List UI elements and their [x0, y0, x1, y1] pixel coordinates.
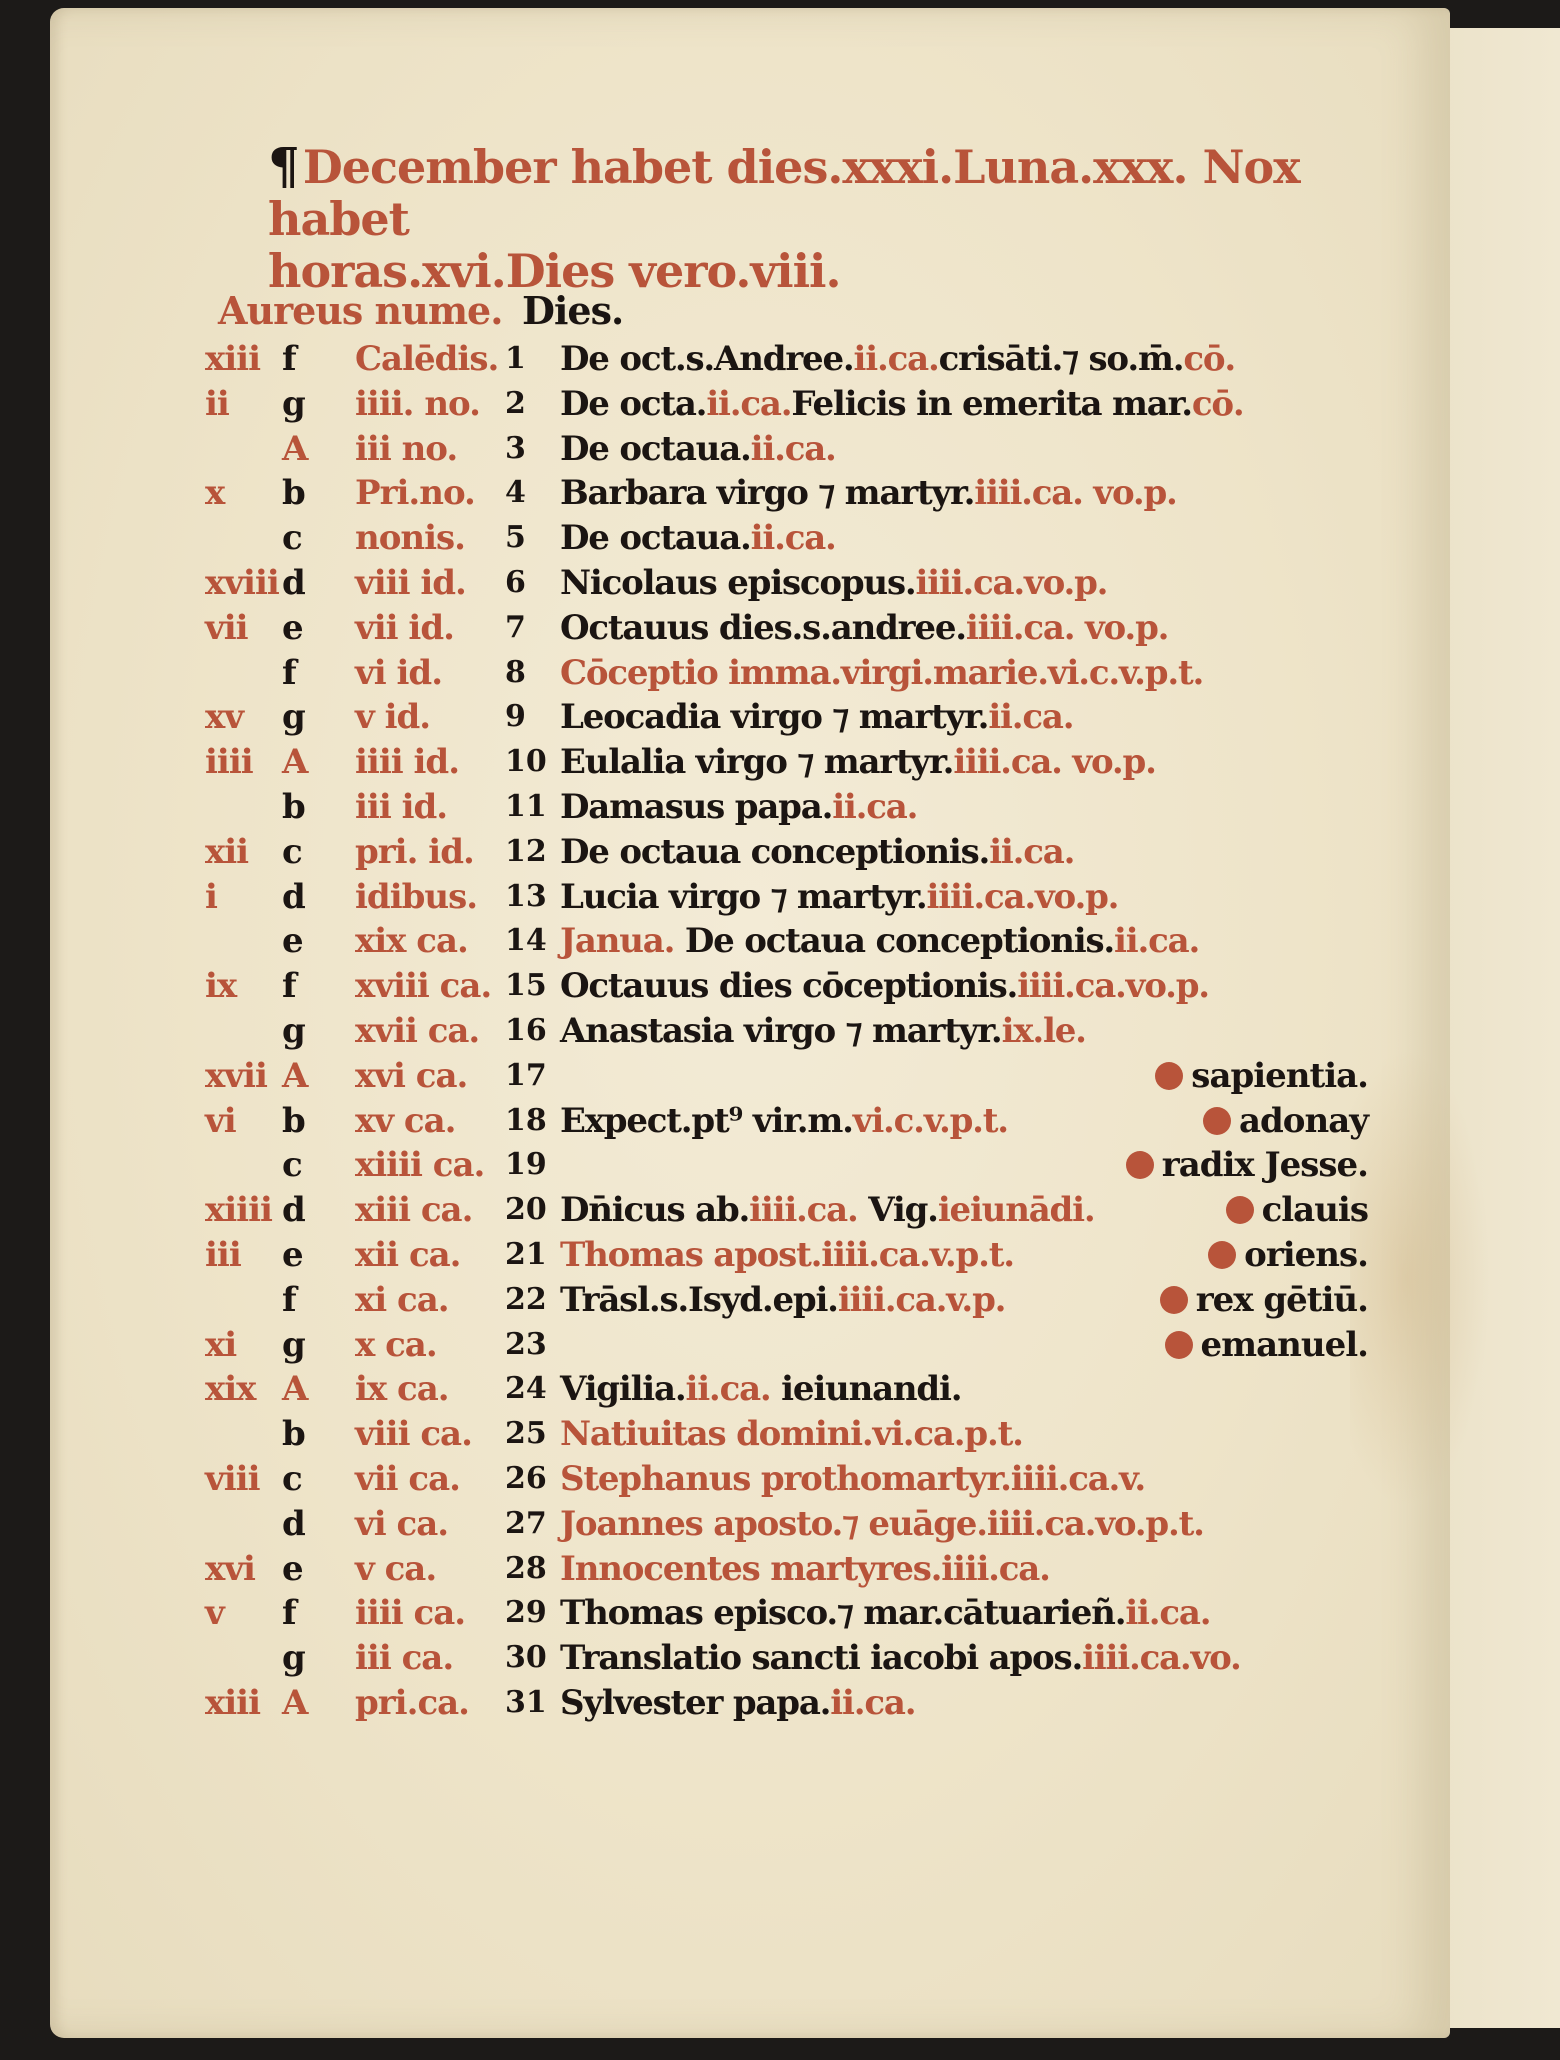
rubric-text: cō. — [1192, 384, 1244, 424]
golden-number: vi — [205, 1100, 265, 1142]
roman-date: xvii ca. — [355, 1010, 495, 1052]
roman-date: iii no. — [355, 428, 495, 470]
roman-date: xv ca. — [355, 1100, 495, 1142]
dominical-letter: g — [282, 1637, 322, 1679]
roman-date: nonis. — [355, 517, 495, 559]
calendar-row: xiiifCalēdis.1De oct.s.Andree.ii.ca.cris… — [0, 338, 1560, 380]
day-number: 20 — [505, 1189, 550, 1231]
day-number: 13 — [505, 876, 550, 918]
day-number: 8 — [505, 652, 550, 694]
feast-text: Leocadia virgo ⁊ martyr. — [560, 697, 988, 737]
golden-number: v — [205, 1592, 265, 1634]
golden-number: xvii — [205, 1055, 265, 1097]
o-circle-icon — [1155, 1062, 1183, 1090]
golden-number: x — [205, 472, 265, 514]
roman-date: iiii id. — [355, 741, 495, 783]
calendar-row: iigiiii. no.2De octa.ii.ca.Felicis in em… — [0, 383, 1560, 425]
roman-date: ix ca. — [355, 1368, 495, 1410]
feast-text: De octaua conceptionis. — [560, 832, 989, 872]
month-heading: ¶December habet dies.xxxi.Luna.xxx. Nox … — [268, 140, 1328, 297]
pilcrow-icon: ¶ — [268, 136, 299, 195]
feast-entry: De octaua.ii.ca. — [560, 517, 836, 559]
dominical-letter: e — [282, 1234, 322, 1276]
calendar-row: xiiiidxiii ca.20Dn̄icus ab.iiii.ca. Vig.… — [0, 1189, 1560, 1231]
feast-text: crisāti.⁊ so.m̄. — [939, 339, 1184, 379]
roman-date: x ca. — [355, 1324, 495, 1366]
day-number: 29 — [505, 1592, 550, 1634]
feast-text: Felicis in emerita mar. — [791, 384, 1192, 424]
roman-date: Pri.no. — [355, 472, 495, 514]
dominical-letter: e — [282, 607, 322, 649]
roman-date: xviii ca. — [355, 965, 495, 1007]
calendar-row: ididibus.13Lucia virgo ⁊ martyr.iiii.ca.… — [0, 876, 1560, 918]
day-number: 1 — [505, 338, 550, 380]
feast-entry: Cōceptio imma.virgi.marie.vi.c.v.p.t. — [560, 652, 1203, 694]
rubric-text: ii.ca. — [988, 697, 1073, 737]
dominical-letter: d — [282, 562, 322, 604]
antiphon-text: emanuel. — [1201, 1325, 1368, 1365]
o-antiphon: emanuel. — [1068, 1324, 1368, 1366]
feast-text: Vig. — [858, 1190, 938, 1230]
dominical-letter: b — [282, 1413, 322, 1455]
day-number: 11 — [505, 786, 550, 828]
rubric-text: ii.ca. — [854, 339, 939, 379]
calendar-row: cxiiii ca.19radix Jesse. — [0, 1144, 1560, 1186]
roman-date: iii ca. — [355, 1637, 495, 1679]
dominical-letter: e — [282, 920, 322, 962]
feast-entry: Trāsl.s.Isyd.epi.iiii.ca.v.p. — [560, 1279, 1005, 1321]
golden-number: vii — [205, 607, 265, 649]
feast-entry: Damasus papa.ii.ca. — [560, 786, 917, 828]
golden-number: xiiii — [205, 1189, 265, 1231]
o-antiphon: clauis — [1068, 1189, 1368, 1231]
roman-date: pri. id. — [355, 831, 495, 873]
feast-text: Vigilia. — [560, 1369, 686, 1409]
calendar-row: xigx ca.23emanuel. — [0, 1324, 1560, 1366]
feast-text: Lucia virgo ⁊ martyr. — [560, 877, 927, 917]
calendar-row: gxvii ca.16Anastasia virgo ⁊ martyr.ix.l… — [0, 1010, 1560, 1052]
rubric-text: iiii.ca.vo. — [1082, 1638, 1241, 1678]
roman-date: xiiii ca. — [355, 1144, 495, 1186]
calendar-row: viiicvii ca.26Stephanus prothomartyr.iii… — [0, 1458, 1560, 1500]
dominical-letter: d — [282, 876, 322, 918]
dominical-letter: b — [282, 1100, 322, 1142]
roman-date: xvi ca. — [355, 1055, 495, 1097]
dominical-letter: f — [282, 338, 322, 380]
feast-entry: Expect.pt⁹ vir.m.vi.c.v.p.t. — [560, 1100, 1008, 1142]
golden-number: xviii — [205, 562, 265, 604]
dies-header: Dies. — [522, 288, 623, 333]
dominical-letter: c — [282, 1144, 322, 1186]
dominical-letter: f — [282, 652, 322, 694]
calendar-row: xviev ca.28Innocentes martyres.iiii.ca. — [0, 1548, 1560, 1590]
feast-entry: De octaua conceptionis.ii.ca. — [560, 831, 1074, 873]
calendar-row: vfiiii ca.29Thomas episco.⁊ mar.cātuarie… — [0, 1592, 1560, 1634]
day-number: 25 — [505, 1413, 550, 1455]
feast-entry: Leocadia virgo ⁊ martyr.ii.ca. — [560, 696, 1073, 738]
day-number: 3 — [505, 428, 550, 470]
rubric-text: Cōceptio imma.virgi.marie.vi.c.v.p.t. — [560, 653, 1203, 693]
roman-date: vi id. — [355, 652, 495, 694]
feast-entry: De octaua.ii.ca. — [560, 428, 836, 470]
roman-date: viii ca. — [355, 1413, 495, 1455]
dominical-letter: f — [282, 965, 322, 1007]
calendar-row: ixfxviii ca.15Octauus dies cōceptionis.i… — [0, 965, 1560, 1007]
heading-line-1: December habet dies.xxxi.Luna.xxx. Nox h… — [268, 140, 1300, 246]
feast-text: De octaua conceptionis. — [674, 921, 1114, 961]
feast-text: Octauus dies cōceptionis. — [560, 966, 1017, 1006]
rubric-text: Thomas apost.iiii.ca.v.p.t. — [560, 1235, 1014, 1275]
feast-entry: Nicolaus episcopus.iiii.ca.vo.p. — [560, 562, 1107, 604]
calendar-row: xviiidviii id.6Nicolaus episcopus.iiii.c… — [0, 562, 1560, 604]
dominical-letter: A — [282, 741, 322, 783]
calendar-row: bviii ca.25Natiuitas domini.vi.ca.p.t. — [0, 1413, 1560, 1455]
day-number: 24 — [505, 1368, 550, 1410]
rubric-text: ii.ca. — [706, 384, 791, 424]
golden-number: iiii — [205, 741, 265, 783]
o-antiphon: adonay — [1068, 1100, 1368, 1142]
dominical-letter: b — [282, 472, 322, 514]
calendar-row: viievii id.7Octauus dies.s.andree.iiii.c… — [0, 607, 1560, 649]
day-number: 5 — [505, 517, 550, 559]
rubric-text: iiii.ca.vo.p. — [1017, 966, 1209, 1006]
feast-text: De octa. — [560, 384, 706, 424]
day-number: 16 — [505, 1010, 550, 1052]
rubric-text: iiii.ca.vo.p. — [916, 563, 1108, 603]
feast-entry: Joannes aposto.⁊ euāge.iiii.ca.vo.p.t. — [560, 1503, 1204, 1545]
rubric-text: iiii.ca. — [749, 1190, 857, 1230]
feast-text: Sylvester papa. — [560, 1683, 830, 1723]
o-circle-icon — [1226, 1196, 1254, 1224]
dominical-letter: b — [282, 786, 322, 828]
calendar-row: exix ca.14Janua. De octaua conceptionis.… — [0, 920, 1560, 962]
dominical-letter: g — [282, 696, 322, 738]
roman-date: Calēdis. — [355, 338, 495, 380]
calendar-row: fxi ca.22Trāsl.s.Isyd.epi.iiii.ca.v.p.re… — [0, 1279, 1560, 1321]
day-number: 17 — [505, 1055, 550, 1097]
golden-number: i — [205, 876, 265, 918]
dominical-letter: f — [282, 1279, 322, 1321]
rubric-text: cō. — [1183, 339, 1235, 379]
o-antiphon: oriens. — [1068, 1234, 1368, 1276]
day-number: 31 — [505, 1682, 550, 1724]
feast-text: De octaua. — [560, 518, 751, 558]
o-circle-icon — [1126, 1151, 1154, 1179]
feast-text: Octauus dies.s.andree. — [560, 608, 966, 648]
feast-entry: Barbara virgo ⁊ martyr.iiii.ca. vo.p. — [560, 472, 1177, 514]
feast-text: Thomas episco.⁊ mar.cātuarieñ. — [560, 1593, 1125, 1633]
dominical-letter: e — [282, 1548, 322, 1590]
golden-number: xix — [205, 1368, 265, 1410]
dominical-letter: c — [282, 831, 322, 873]
rubric-text: ii.ca. — [751, 518, 836, 558]
antiphon-text: radix Jesse. — [1162, 1145, 1368, 1185]
calendar-row: vibxv ca.18Expect.pt⁹ vir.m.vi.c.v.p.t.a… — [0, 1100, 1560, 1142]
rubric-text: Stephanus prothomartyr.iiii.ca.v. — [560, 1459, 1145, 1499]
golden-number: xiii — [205, 1682, 265, 1724]
rubric-text: ii.ca. — [832, 787, 917, 827]
roman-date: v ca. — [355, 1548, 495, 1590]
day-number: 19 — [505, 1144, 550, 1186]
rubric-text: ii.ca. — [686, 1369, 771, 1409]
roman-date: viii id. — [355, 562, 495, 604]
feast-text: Translatio sancti iacobi apos. — [560, 1638, 1082, 1678]
rubric-text: ii.ca. — [989, 832, 1074, 872]
day-number: 21 — [505, 1234, 550, 1276]
dominical-letter: f — [282, 1592, 322, 1634]
feast-text: Nicolaus episcopus. — [560, 563, 916, 603]
feast-entry: Janua. De octaua conceptionis.ii.ca. — [560, 920, 1199, 962]
dominical-letter: g — [282, 1324, 322, 1366]
rubric-text: iiii.ca. vo.p. — [974, 473, 1176, 513]
dominical-letter: d — [282, 1503, 322, 1545]
calendar-row: xiiiApri.ca.31Sylvester papa.ii.ca. — [0, 1682, 1560, 1724]
feast-entry: Stephanus prothomartyr.iiii.ca.v. — [560, 1458, 1145, 1500]
o-circle-icon — [1203, 1107, 1231, 1135]
feast-text: Eulalia virgo ⁊ martyr. — [560, 742, 953, 782]
dominical-letter: d — [282, 1189, 322, 1231]
feast-entry: Translatio sancti iacobi apos.iiii.ca.vo… — [560, 1637, 1241, 1679]
antiphon-text: clauis — [1262, 1190, 1368, 1230]
dominical-letter: A — [282, 1055, 322, 1097]
feast-text: Damasus papa. — [560, 787, 832, 827]
roman-date: vii ca. — [355, 1458, 495, 1500]
feast-entry: Eulalia virgo ⁊ martyr.iiii.ca. vo.p. — [560, 741, 1156, 783]
golden-number: ii — [205, 383, 265, 425]
golden-number: xi — [205, 1324, 265, 1366]
feast-text: Expect.pt⁹ vir.m. — [560, 1101, 853, 1141]
day-number: 27 — [505, 1503, 550, 1545]
feast-entry: Anastasia virgo ⁊ martyr.ix.le. — [560, 1010, 1086, 1052]
dominical-letter: A — [282, 428, 322, 470]
feast-entry: Thomas apost.iiii.ca.v.p.t. — [560, 1234, 1014, 1276]
day-number: 22 — [505, 1279, 550, 1321]
roman-date: vii id. — [355, 607, 495, 649]
day-number: 30 — [505, 1637, 550, 1679]
golden-number: xiii — [205, 338, 265, 380]
rubric-text: Janua. — [560, 921, 674, 961]
calendar-row: xixAix ca.24Vigilia.ii.ca. ieiunandi. — [0, 1368, 1560, 1410]
rubric-text: ii.ca. — [1125, 1593, 1210, 1633]
calendar-row: Aiii no.3De octaua.ii.ca. — [0, 428, 1560, 470]
day-number: 15 — [505, 965, 550, 1007]
day-number: 18 — [505, 1100, 550, 1142]
roman-date: iii id. — [355, 786, 495, 828]
golden-number: xvi — [205, 1548, 265, 1590]
o-circle-icon — [1208, 1241, 1236, 1269]
feast-entry: Sylvester papa.ii.ca. — [560, 1682, 915, 1724]
feast-text: Barbara virgo ⁊ martyr. — [560, 473, 974, 513]
feast-entry: Lucia virgo ⁊ martyr.iiii.ca.vo.p. — [560, 876, 1118, 918]
roman-date: iiii. no. — [355, 383, 495, 425]
golden-number: viii — [205, 1458, 265, 1500]
dominical-letter: c — [282, 1458, 322, 1500]
rubric-text: Natiuitas domini.vi.ca.p.t. — [560, 1414, 1023, 1454]
o-circle-icon — [1165, 1331, 1193, 1359]
rubric-text: Joannes aposto.⁊ euāge.iiii.ca.vo.p.t. — [560, 1504, 1204, 1544]
feast-entry: Octauus dies cōceptionis.iiii.ca.vo.p. — [560, 965, 1209, 1007]
roman-date: xix ca. — [355, 920, 495, 962]
feast-text: De oct.s.Andree. — [560, 339, 854, 379]
rubric-text: ii.ca. — [830, 1683, 915, 1723]
golden-number: iii — [205, 1234, 265, 1276]
roman-date: pri.ca. — [355, 1682, 495, 1724]
roman-date: xiii ca. — [355, 1189, 495, 1231]
antiphon-text: rex gētiū. — [1196, 1280, 1368, 1320]
feast-entry: De octa.ii.ca.Felicis in emerita mar.cō. — [560, 383, 1243, 425]
feast-entry: Natiuitas domini.vi.ca.p.t. — [560, 1413, 1023, 1455]
o-antiphon: rex gētiū. — [1068, 1279, 1368, 1321]
feast-entry: Dn̄icus ab.iiii.ca. Vig.ieiunādi. — [560, 1189, 1094, 1231]
rubric-text: ii.ca. — [1114, 921, 1199, 961]
rubric-text: vi.c.v.p.t. — [853, 1101, 1008, 1141]
golden-number: xv — [205, 696, 265, 738]
calendar-row: fvi id.8Cōceptio imma.virgi.marie.vi.c.v… — [0, 652, 1560, 694]
calendar-row: xviiAxvi ca.17sapientia. — [0, 1055, 1560, 1097]
calendar-row: xvgv id.9Leocadia virgo ⁊ martyr.ii.ca. — [0, 696, 1560, 738]
o-circle-icon — [1160, 1286, 1188, 1314]
o-antiphon: sapientia. — [1068, 1055, 1368, 1097]
dominical-letter: c — [282, 517, 322, 559]
dominical-letter: g — [282, 383, 322, 425]
roman-date: vi ca. — [355, 1503, 495, 1545]
calendar-row: iiiiAiiii id.10Eulalia virgo ⁊ martyr.ii… — [0, 741, 1560, 783]
dominical-letter: g — [282, 1010, 322, 1052]
roman-date: xii ca. — [355, 1234, 495, 1276]
feast-text: Anastasia virgo ⁊ martyr. — [560, 1011, 1002, 1051]
roman-date: xi ca. — [355, 1279, 495, 1321]
antiphon-text: adonay — [1239, 1101, 1368, 1141]
feast-entry: Octauus dies.s.andree.iiii.ca. vo.p. — [560, 607, 1168, 649]
dominical-letter: A — [282, 1368, 322, 1410]
roman-date: v id. — [355, 696, 495, 738]
calendar-content: ¶December habet dies.xxxi.Luna.xxx. Nox … — [0, 0, 1560, 2060]
day-number: 26 — [505, 1458, 550, 1500]
calendar-row: cnonis.5De octaua.ii.ca. — [0, 517, 1560, 559]
rubric-text: ix.le. — [1002, 1011, 1086, 1051]
rubric-text: iiii.ca.vo.p. — [927, 877, 1119, 917]
feast-text: Dn̄icus ab. — [560, 1190, 749, 1230]
rubric-text: iiii.ca. vo.p. — [966, 608, 1168, 648]
golden-number-header: Aureus nume. — [218, 288, 502, 333]
feast-entry: Thomas episco.⁊ mar.cātuarieñ.ii.ca. — [560, 1592, 1210, 1634]
calendar-row: biii id.11Damasus papa.ii.ca. — [0, 786, 1560, 828]
day-number: 14 — [505, 920, 550, 962]
rubric-text: Innocentes martyres.iiii.ca. — [560, 1549, 1050, 1589]
day-number: 23 — [505, 1324, 550, 1366]
antiphon-text: oriens. — [1244, 1235, 1368, 1275]
rubric-text: iiii.ca. vo.p. — [953, 742, 1155, 782]
antiphon-text: sapientia. — [1191, 1056, 1368, 1096]
rubric-text: iiii.ca.v.p. — [838, 1280, 1005, 1320]
day-number: 2 — [505, 383, 550, 425]
roman-date: idibus. — [355, 876, 495, 918]
calendar-row: xbPri.no.4Barbara virgo ⁊ martyr.iiii.ca… — [0, 472, 1560, 514]
rubric-text: ii.ca. — [751, 429, 836, 469]
day-number: 7 — [505, 607, 550, 649]
o-antiphon: radix Jesse. — [1068, 1144, 1368, 1186]
feast-text: ieiunandi. — [771, 1369, 962, 1409]
day-number: 6 — [505, 562, 550, 604]
golden-number: ix — [205, 965, 265, 1007]
calendar-row: xiicpri. id.12De octaua conceptionis.ii.… — [0, 831, 1560, 873]
calendar-row: iiiexii ca.21Thomas apost.iiii.ca.v.p.t.… — [0, 1234, 1560, 1276]
day-number: 28 — [505, 1548, 550, 1590]
dominical-letter: A — [282, 1682, 322, 1724]
feast-entry: Vigilia.ii.ca. ieiunandi. — [560, 1368, 961, 1410]
day-number: 4 — [505, 472, 550, 514]
roman-date: iiii ca. — [355, 1592, 495, 1634]
golden-number: xii — [205, 831, 265, 873]
feast-text: Trāsl.s.Isyd.epi. — [560, 1280, 838, 1320]
calendar-row: giii ca.30Translatio sancti iacobi apos.… — [0, 1637, 1560, 1679]
day-number: 9 — [505, 696, 550, 738]
feast-text: De octaua. — [560, 429, 751, 469]
feast-entry: Innocentes martyres.iiii.ca. — [560, 1548, 1050, 1590]
calendar-row: dvi ca.27Joannes aposto.⁊ euāge.iiii.ca.… — [0, 1503, 1560, 1545]
day-number: 12 — [505, 831, 550, 873]
day-number: 10 — [505, 741, 550, 783]
feast-entry: De oct.s.Andree.ii.ca.crisāti.⁊ so.m̄.cō… — [560, 338, 1235, 380]
